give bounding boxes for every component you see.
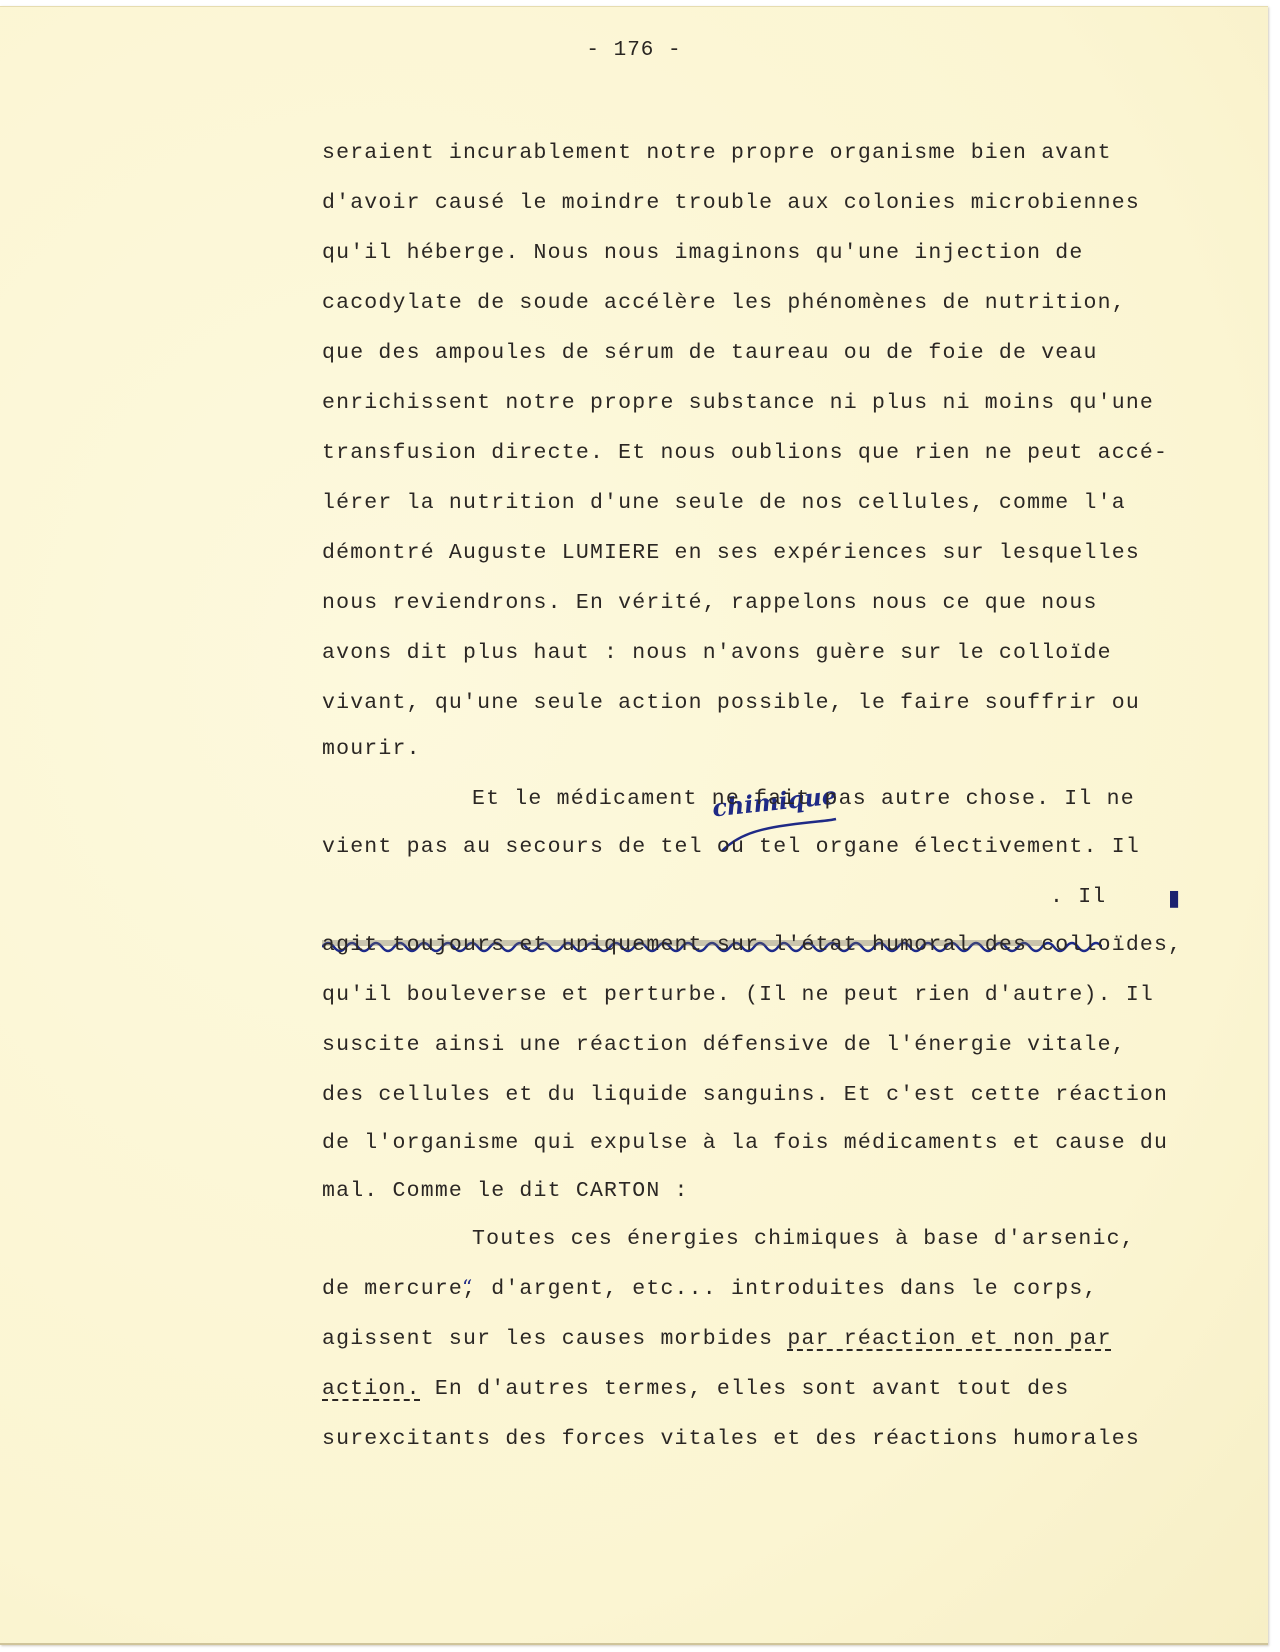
ink-blot-struck-word: ▮	[1168, 885, 1180, 911]
text-line-24: de mercure, d'argent, etc... introduites…	[322, 1279, 1098, 1301]
text-line-1: seraient incurablement notre propre orga…	[322, 143, 1112, 165]
text-line-7: transfusion directe. Et nous oublions qu…	[322, 443, 1168, 465]
text-line-20: des cellules et du liquide sanguins. Et …	[322, 1085, 1168, 1107]
text-segment: agissent sur les causes morbides	[322, 1327, 787, 1351]
text-line-9: démontré Auguste LUMIERE en ses expérien…	[322, 543, 1140, 565]
text-line-11: avons dit plus haut : nous n'avons guère…	[322, 643, 1112, 665]
text-line-3: qu'il héberge. Nous nous imaginons qu'un…	[322, 243, 1084, 265]
text-line-26: action. En d'autres termes, elles sont a…	[322, 1379, 1069, 1401]
underlined-text: action.	[322, 1377, 421, 1401]
document-page: - 176 - seraient incurablement notre pro…	[0, 6, 1268, 1645]
text-line-14: Et le médicament ne fait pas autre chose…	[472, 789, 1135, 811]
text-line-10: nous reviendrons. En vérité, rappelons n…	[322, 593, 1098, 615]
text-line-23: Toutes ces énergies chimiques à base d'a…	[472, 1229, 1135, 1251]
text-line-6: enrichissent notre propre substance ni p…	[322, 393, 1154, 415]
text-line-22: mal. Comme le dit CARTON :	[322, 1181, 689, 1203]
text-line-5: que des ampoules de sérum de taureau ou …	[322, 343, 1098, 365]
text-line-17: agit toujours et uniquement sur l'état h…	[322, 935, 1182, 957]
text-line-21: de l'organisme qui expulse à la fois méd…	[322, 1133, 1168, 1155]
text-line-12: vivant, qu'une seule action possible, le…	[322, 693, 1140, 715]
text-line-16: . Il	[1050, 887, 1106, 909]
page-number: - 176 -	[0, 39, 1268, 62]
text-segment: En d'autres termes, elles sont avant tou…	[421, 1377, 1070, 1401]
text-line-2: d'avoir causé le moindre trouble aux col…	[322, 193, 1140, 215]
text-line-15: vient pas au secours de tel ou tel organ…	[322, 837, 1140, 859]
text-line-8: lérer la nutrition d'une seule de nos ce…	[322, 493, 1126, 515]
text-line-13: mourir.	[322, 739, 421, 761]
text-line-4: cacodylate de soude accélère les phénomè…	[322, 293, 1126, 315]
text-line-25: agissent sur les causes morbides par réa…	[322, 1329, 1112, 1351]
text-line-19: suscite ainsi une réaction défensive de …	[322, 1035, 1126, 1057]
text-line-18: qu'il bouleverse et perturbe. (Il ne peu…	[322, 985, 1154, 1007]
underlined-text: par réaction et non par	[787, 1327, 1111, 1351]
text-line-27: surexcitants des forces vitales et des r…	[322, 1429, 1140, 1451]
